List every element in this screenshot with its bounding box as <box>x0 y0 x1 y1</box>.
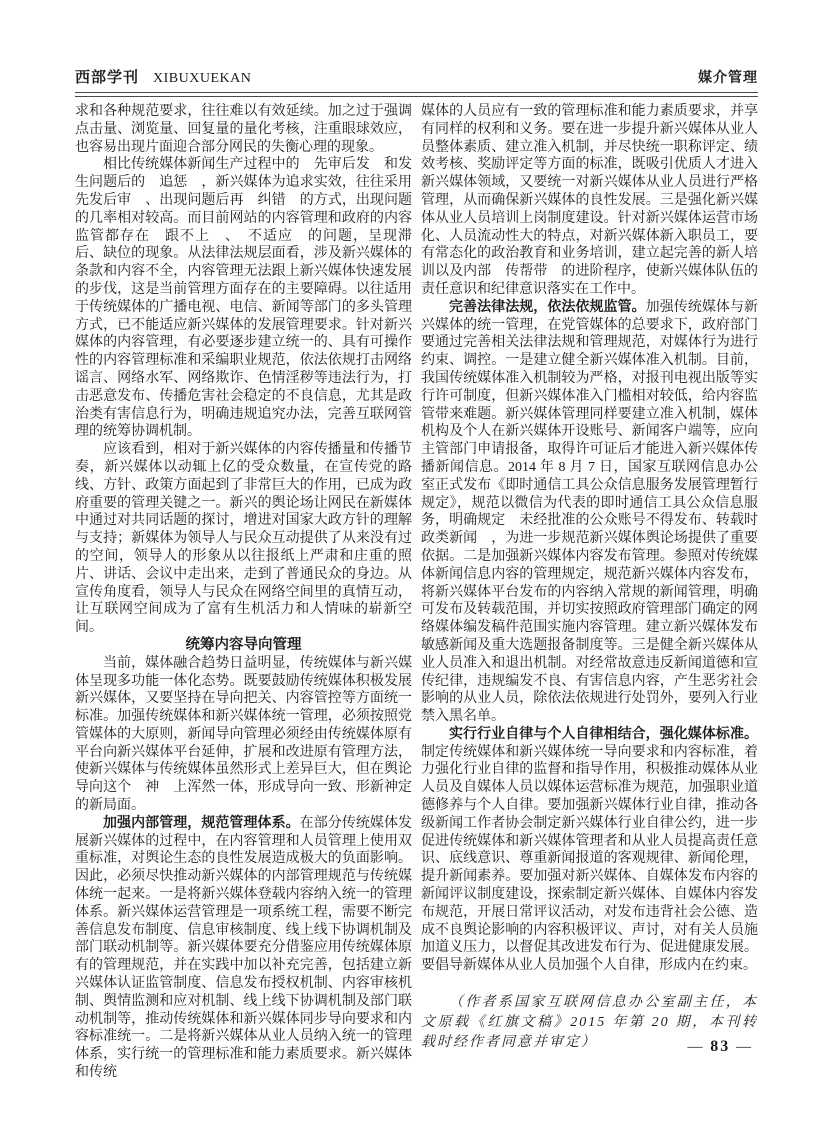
header-left: 西部学刊XIBUXUEKAN <box>75 66 251 87</box>
section-label: 媒介管理 <box>698 67 758 87</box>
section-heading: 统筹内容导向管理 <box>75 637 412 655</box>
article-body: 求和各种规范要求，往往难以有效延续。加之过于强调点击量、浏览量、回复量的量化考核… <box>75 103 758 1082</box>
paragraph: 媒体的人员应有一致的管理标准和能力素质要求，并享有同样的权利和义务。要在进一步提… <box>421 103 758 299</box>
left-column: 求和各种规范要求，往往难以有效延续。加之过于强调点击量、浏览量、回复量的量化考核… <box>75 103 412 1082</box>
header-divider <box>75 92 758 97</box>
page-header: 西部学刊XIBUXUEKAN 媒介管理 <box>75 66 758 87</box>
paragraph-text: 求和各种规范要求，往往难以有效延续。加之过于强调点击量、浏览量、回复量的量化考核… <box>75 104 412 155</box>
paragraph: 求和各种规范要求，往往难以有效延续。加之过于强调点击量、浏览量、回复量的量化考核… <box>75 103 412 156</box>
paragraph: 相比传统媒体新闻生产过程中的 先审后发 和发生问题后的 追惩 ，新兴媒体为追求实… <box>75 156 412 441</box>
journal-name: 西部学刊 <box>75 69 139 86</box>
paragraph-lead: 加强内部管理，规范管理体系。 <box>103 816 300 831</box>
page-number-dash-right: — <box>736 1039 753 1055</box>
paragraph: 实行行业自律与个人自律相结合，强化媒体标准。制定传统媒体和新兴媒体统一导向要求和… <box>421 726 758 975</box>
paragraph: 完善法律法规，依法依规监管。加强传统媒体与新兴媒体的统一管理，在党管媒体的总要求… <box>421 299 758 726</box>
paragraph-text: 制定传统媒体和新兴媒体统一导向要求和内容标准，着力强化行业自律的监督和指导作用，… <box>421 745 758 974</box>
journal-pinyin: XIBUXUEKAN <box>153 71 251 86</box>
paragraph-text: 应该看到，相对于新兴媒体的内容传播量和传播节奏，新兴媒体以动辄上亿的受众数量，在… <box>75 442 412 635</box>
paragraph-text: 加强传统媒体与新兴媒体的统一管理，在党管媒体的总要求下，政府部门要通过完善相关法… <box>421 300 758 724</box>
paragraph-lead: 完善法律法规，依法依规监管。 <box>449 300 646 315</box>
paragraph-text: 媒体的人员应有一致的管理标准和能力素质要求，并享有同样的权利和义务。要在进一步提… <box>421 104 758 297</box>
paragraph: 应该看到，相对于新兴媒体的内容传播量和传播节奏，新兴媒体以动辄上亿的受众数量，在… <box>75 441 412 637</box>
page-number: 83 <box>710 1038 730 1055</box>
paragraph-lead: 实行行业自律与个人自律相结合，强化媒体标准。 <box>449 727 758 742</box>
paragraph-text: 当前，媒体融合趋势日益明显，传统媒体与新兴媒体呈现多功能一体化态势。既要鼓励传统… <box>75 656 412 813</box>
page-footer: — 83 — <box>688 1038 754 1056</box>
journal-page: 西部学刊XIBUXUEKAN 媒介管理 求和各种规范要求，往往难以有效延续。加之… <box>0 0 833 1123</box>
paragraph-text: 在部分传统媒体发展新兴媒体的过程中，在内容管理和人员管理上使用双重标准，对舆论生… <box>75 816 412 1080</box>
paragraph: 加强内部管理，规范管理体系。在部分传统媒体发展新兴媒体的过程中，在内容管理和人员… <box>75 815 412 1082</box>
paragraph-text: 相比传统媒体新闻生产过程中的 先审后发 和发生问题后的 追惩 ，新兴媒体为追求实… <box>75 157 426 439</box>
page-number-dash-left: — <box>688 1039 705 1055</box>
paragraph: 当前，媒体融合趋势日益明显，传统媒体与新兴媒体呈现多功能一体化态势。既要鼓励传统… <box>75 655 412 815</box>
right-column: 媒体的人员应有一致的管理标准和能力素质要求，并享有同样的权利和义务。要在进一步提… <box>421 103 758 1082</box>
